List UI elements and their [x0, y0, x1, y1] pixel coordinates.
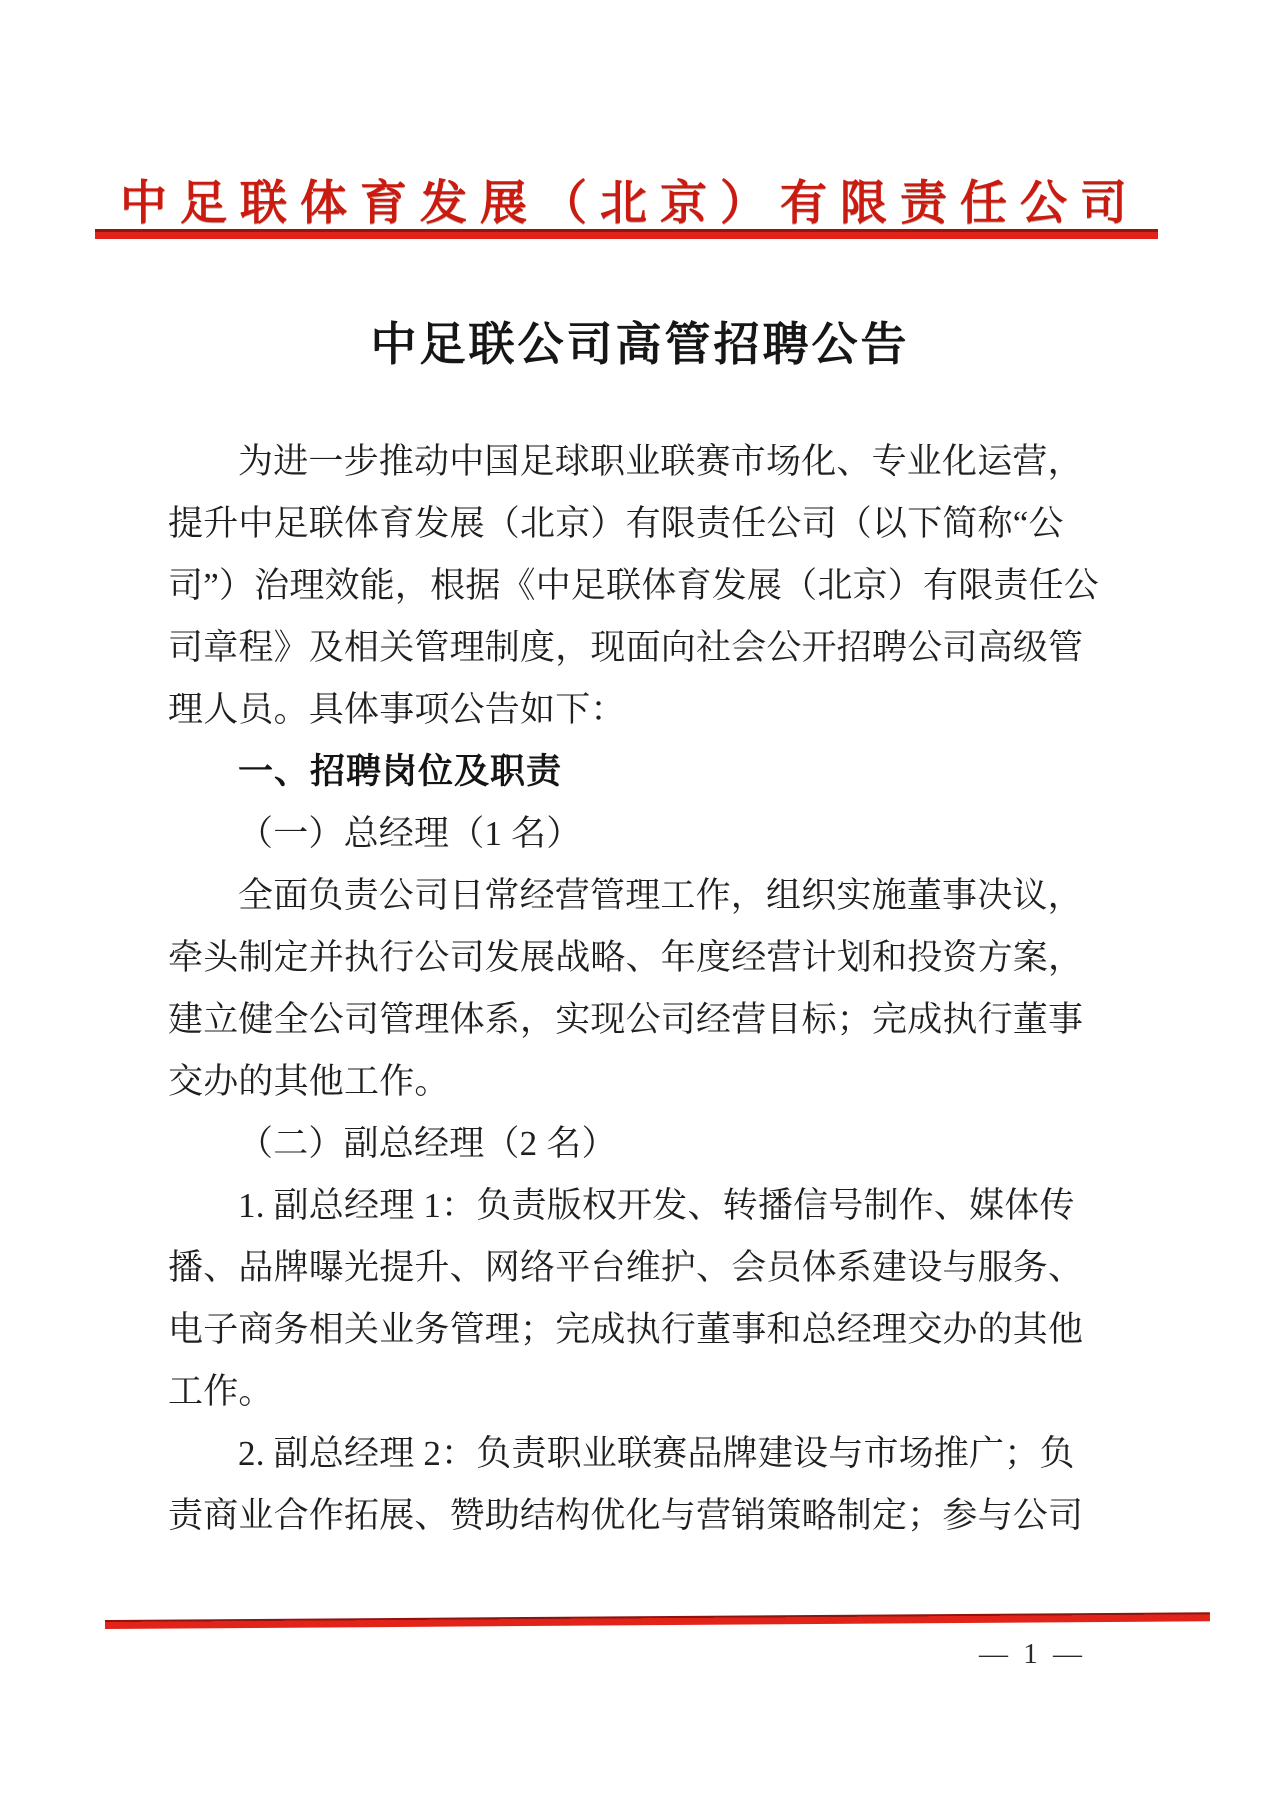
body-line: 理人员。具体事项公告如下： [168, 679, 1098, 741]
document-body: 为进一步推动中国足球职业联赛市场化、专业化运营，提升中足联体育发展（北京）有限责… [168, 431, 1098, 1547]
body-line: 电子商务相关业务管理；完成执行董事和总经理交办的其他 [168, 1299, 1098, 1361]
document-page: 中足联体育发展（北京）有限责任公司 中足联公司高管招聘公告 为进一步推动中国足球… [0, 0, 1280, 1810]
body-line: 播、品牌曝光提升、网络平台维护、会员体系建设与服务、 [168, 1237, 1098, 1299]
body-line: 1. 副总经理 1：负责版权开发、转播信号制作、媒体传 [168, 1175, 1098, 1237]
section-heading: 一、招聘岗位及职责 [168, 741, 1098, 803]
sub-heading: （二）副总经理（2 名） [168, 1113, 1098, 1175]
body-line: 建立健全公司管理体系，实现公司经营目标；完成执行董事 [168, 989, 1098, 1051]
body-line: 工作。 [168, 1361, 1098, 1423]
body-line: 提升中足联体育发展（北京）有限责任公司（以下简称“公 [168, 493, 1098, 555]
page-number: — 1 — [975, 1638, 1090, 1671]
sub-heading: （一）总经理（1 名） [168, 803, 1098, 865]
letterhead-company-name: 中足联体育发展（北京）有限责任公司 [0, 166, 1260, 233]
document-title: 中足联公司高管招聘公告 [0, 308, 1280, 374]
letterhead-rule [95, 229, 1158, 239]
body-line: 责商业合作拓展、赞助结构优化与营销策略制定；参与公司 [168, 1485, 1098, 1547]
body-line: 司章程》及相关管理制度，现面向社会公开招聘公司高级管 [168, 617, 1098, 679]
body-line: 2. 副总经理 2：负责职业联赛品牌建设与市场推广；负 [168, 1423, 1098, 1485]
footer-rule [105, 1612, 1210, 1629]
body-line: 牵头制定并执行公司发展战略、年度经营计划和投资方案， [168, 927, 1098, 989]
body-line: 司”）治理效能，根据《中足联体育发展（北京）有限责任公 [168, 555, 1098, 617]
body-line: 全面负责公司日常经营管理工作，组织实施董事决议， [168, 865, 1098, 927]
letterhead-rule-bright-line [95, 232, 1158, 239]
body-line: 为进一步推动中国足球职业联赛市场化、专业化运营， [168, 431, 1098, 493]
body-line: 交办的其他工作。 [168, 1051, 1098, 1113]
